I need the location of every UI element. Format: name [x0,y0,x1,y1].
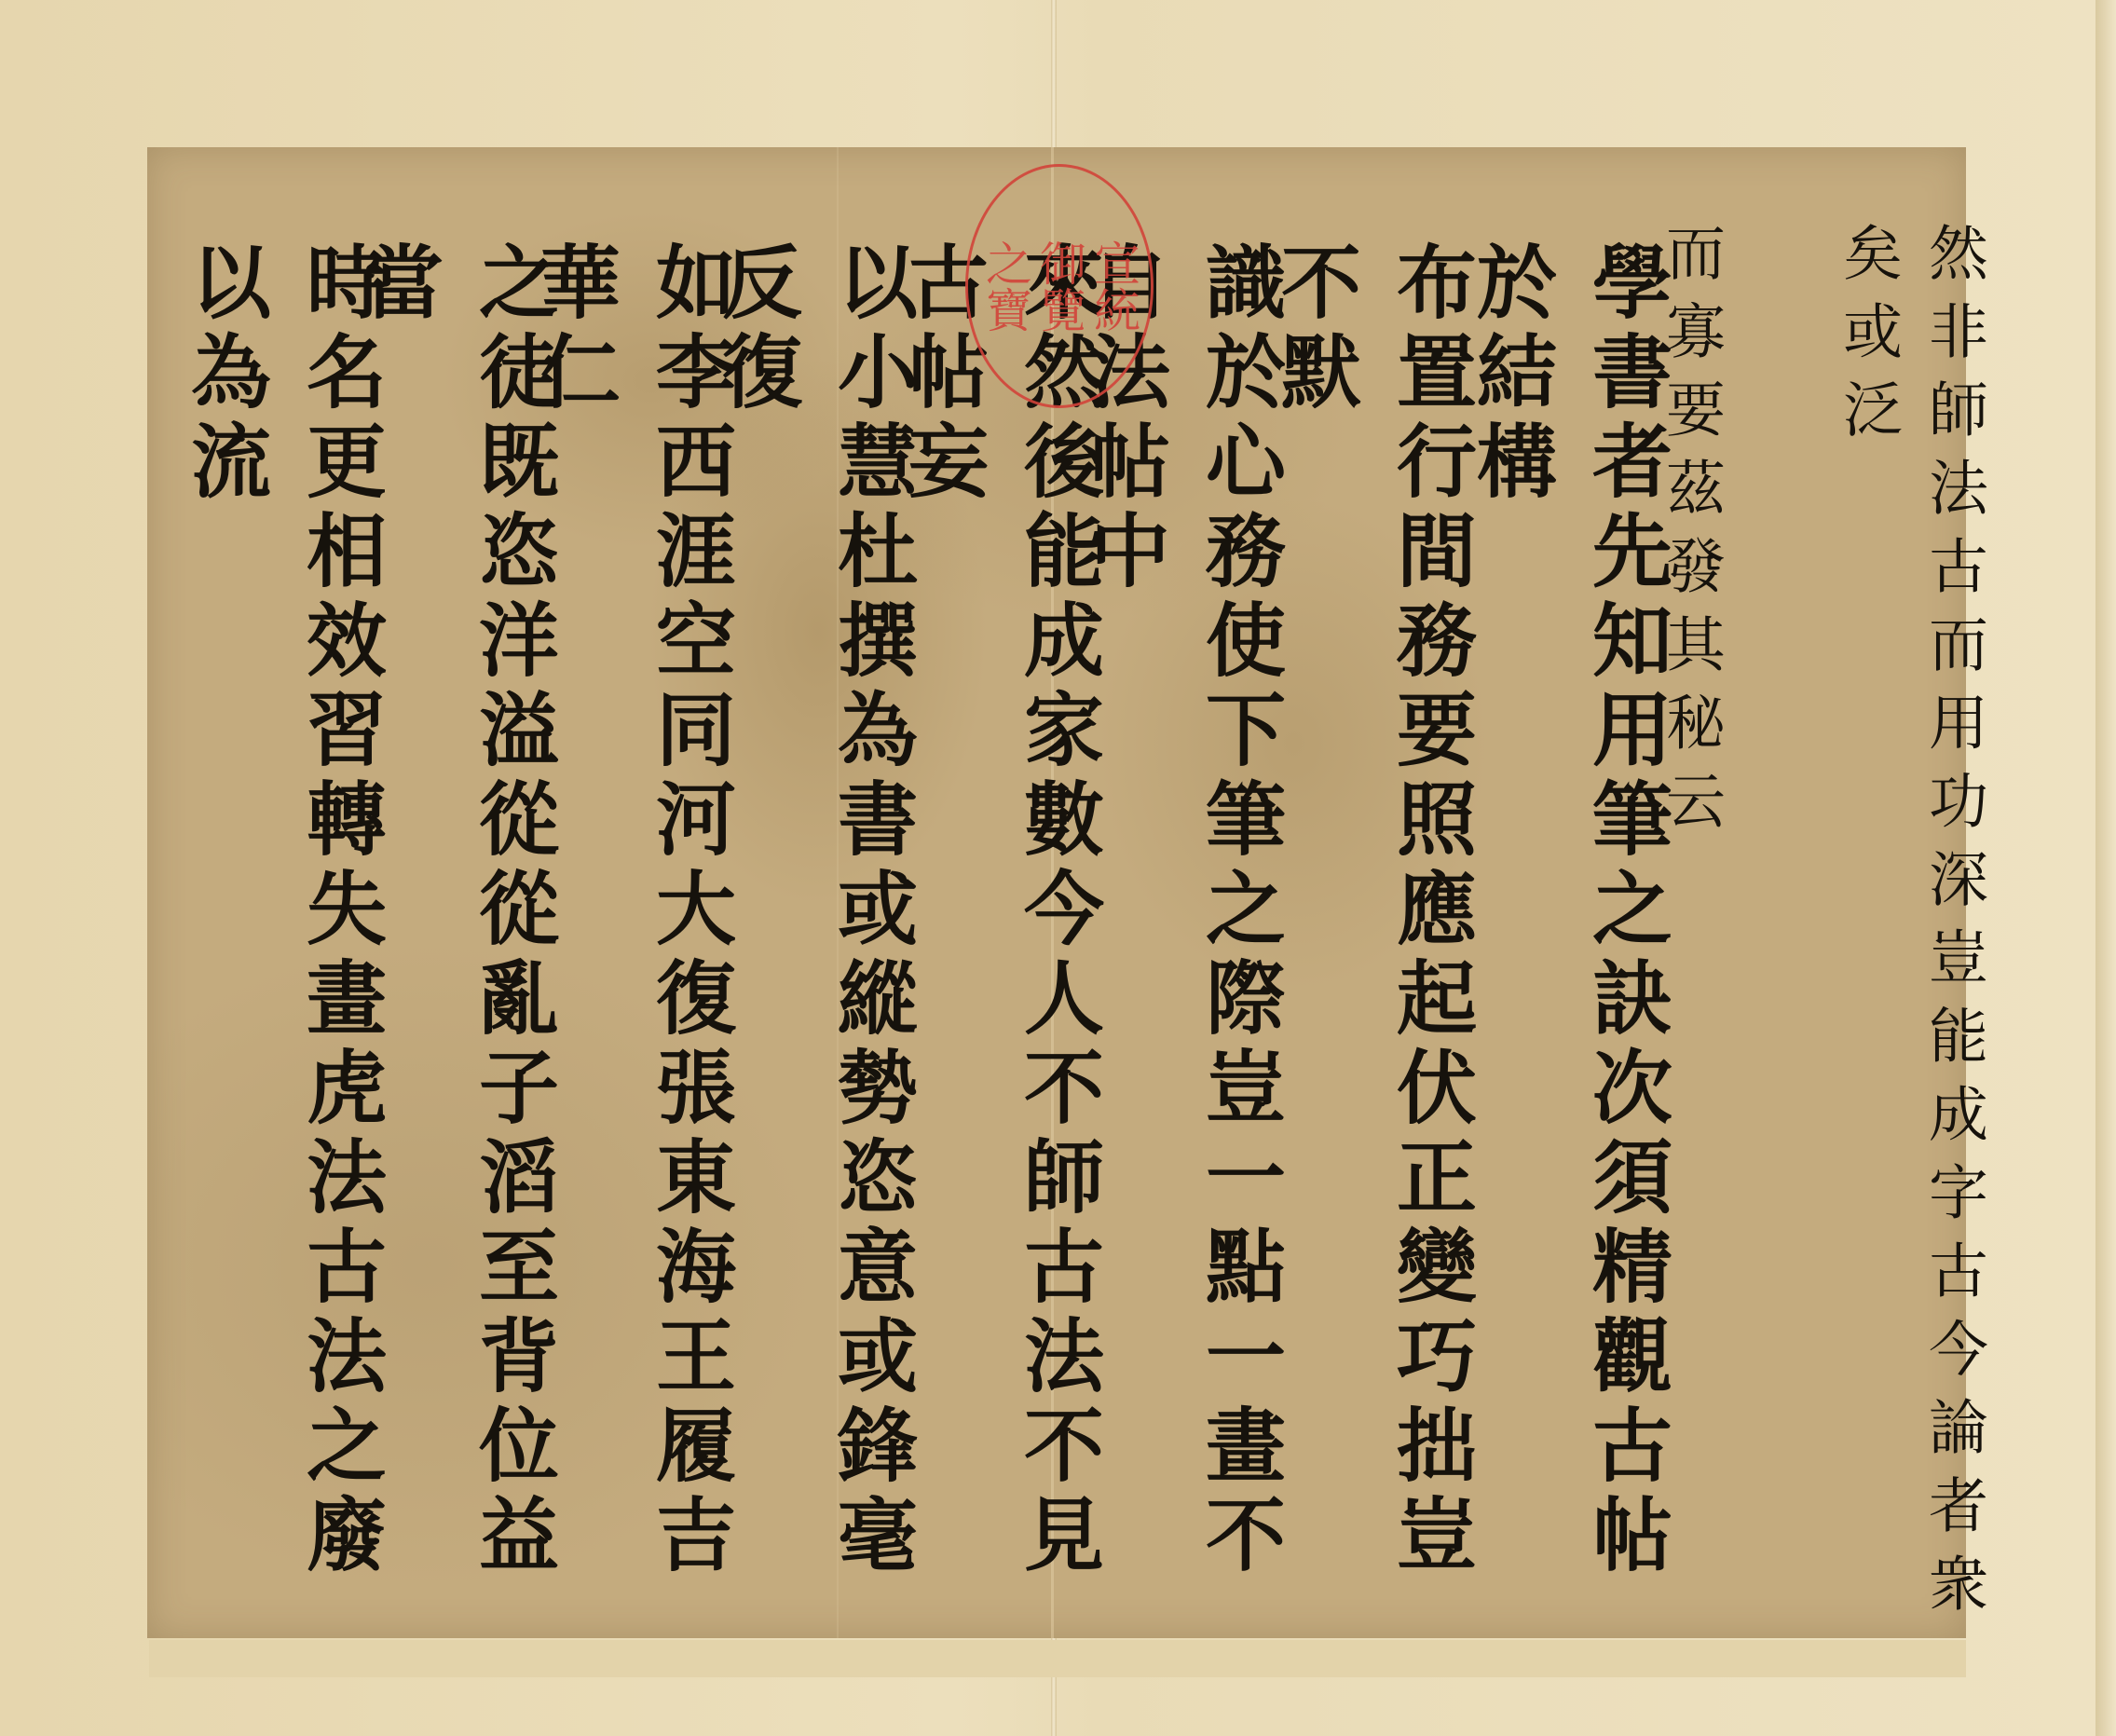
seal-text-column: 宣統 [1088,239,1139,333]
album-mount: 然非師法古而用功深豈能成字古今論者衆矣或泛 而寡要茲發其秘云 學書者先知用筆之訣… [0,0,2116,1736]
mount-bottom-margin [149,1640,1966,1677]
seal-text-column: 之寶 [980,239,1031,333]
text-column-1: 然非師法古而用功深豈能成字古今論者衆矣或泛 [1824,222,1996,1638]
seal-text-column: 御覽 [1034,239,1085,333]
imperial-seal: 宣統 御覽 之寶 [965,164,1154,408]
calligraphy-paper: 然非師法古而用功深豈能成字古今論者衆矣或泛 而寡要茲發其秘云 學書者先知用筆之訣… [147,147,1966,1638]
text-column-10: 時名更相效習轉失畫虎法古法之廢以為流 [166,240,397,1638]
album-edge [2096,0,2116,1736]
